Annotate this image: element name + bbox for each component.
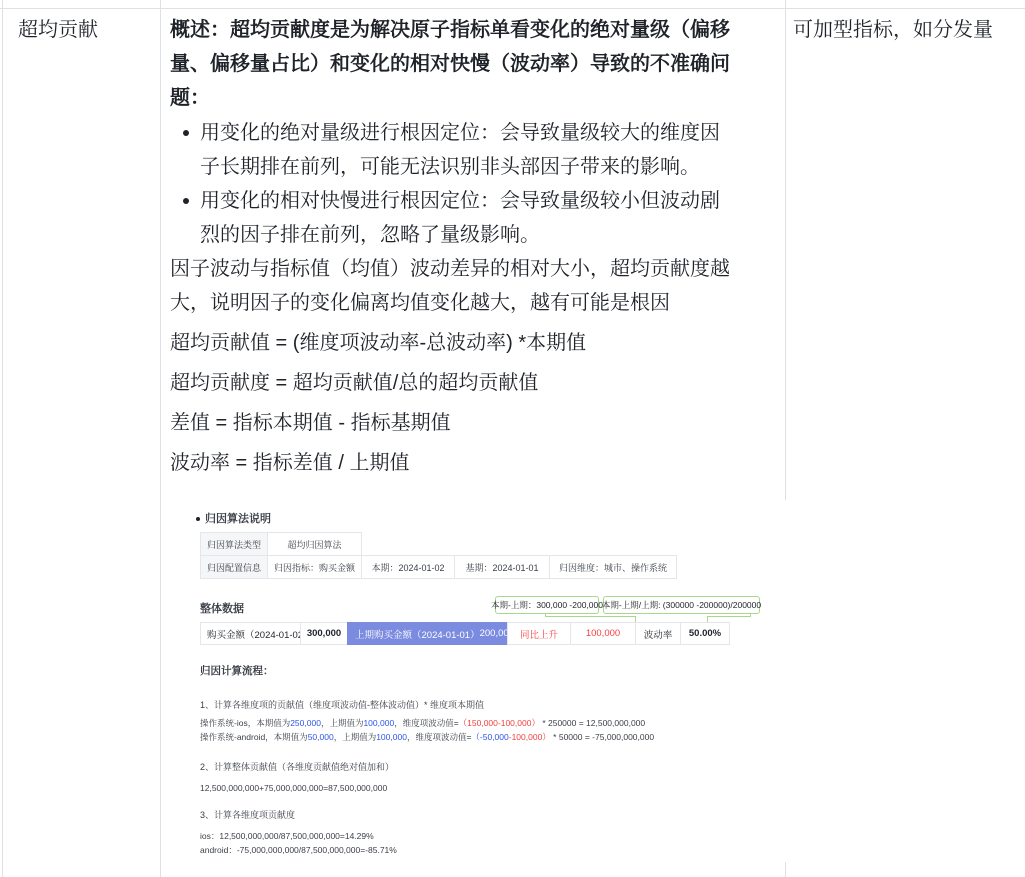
flow-android-ratio: android：-75,000,000,000/87,500,000,000=-… <box>200 844 397 856</box>
table-border-left <box>2 0 3 877</box>
bullet-item-relative: 用变化的相对快慢进行根因定位：会导致量级较小但波动剧 烈的因子排在前列，忽略了量… <box>170 184 778 252</box>
config-metric-cell: 归因指标：购买金额 <box>267 555 362 579</box>
flow-android-line: 操作系统-android，本期值为50,000，上期值为100,000，维度项波… <box>200 731 654 743</box>
callout-diff-formula: 本期-上期：300,000 -200,000 <box>495 596 599 614</box>
overall-metric-label-cell: 购买金额（2024-01-02） <box>200 622 301 645</box>
callout-rate-formula: 本期-上期/上期: (300000 -200000)/200000 <box>603 596 760 614</box>
config-base-cell: 基期：2024-01-01 <box>454 555 550 579</box>
config-current-cell: 本期：2024-01-02 <box>361 555 455 579</box>
table-border-row-top <box>0 8 1025 9</box>
right-note-text: 可加型指标，如分发量 <box>793 19 993 41</box>
overall-trend-cell: 同比上升 <box>507 622 571 645</box>
formula-rate: 波动率 = 指标差值 / 上期值 <box>170 446 778 480</box>
overall-rate-value-cell: 50.00% <box>680 622 730 645</box>
flow-step2: 2、计算整体贡献值（各维度贡献值绝对值加和） <box>200 760 394 773</box>
overview-bullet-list: 用变化的绝对量级进行根因定位：会导致量级较大的维度因 子长期排在前列，可能无法识… <box>170 116 778 252</box>
algo-type-value-cell: 超均归因算法 <box>267 532 362 556</box>
prev-period-value: 200,000 <box>480 628 507 639</box>
flow-step1: 1、计算各维度项的贡献值（维度项波动值-整体波动值）* 维度项本期值 <box>200 698 484 711</box>
formula-diff: 差值 = 指标本期值 - 指标基期值 <box>170 406 778 440</box>
config-dims-cell: 归因维度：城市、操作系统 <box>549 555 677 579</box>
table-border-col1 <box>160 0 161 877</box>
flow-ios-line: 操作系统-ios，本期值为250,000，上期值为100,000，维度项波动值=… <box>200 717 645 729</box>
flow-sum-line: 12,500,000,000+75,000,000,000=87,500,000… <box>200 783 387 793</box>
formula-contribution-value: 超均贡献值 = (维度项波动率-总波动率) *本期值 <box>170 326 778 360</box>
config-label-cell: 归因配置信息 <box>200 555 268 579</box>
doc-table-page: 超均贡献 可加型指标，如分发量 概述：超均贡献度是为解决原子指标单看变化的绝对量… <box>0 0 1025 877</box>
prev-period-label: 上期购买金额（2024-01-01） <box>355 627 480 641</box>
overall-diff-cell: 100,000 <box>570 622 636 645</box>
overall-prev-period-cell: 上期购买金额（2024-01-01） 200,000 <box>347 622 507 645</box>
right-note-cell[interactable]: 可加型指标，如分发量 <box>793 13 1015 47</box>
overall-data-link: 整体数据 <box>200 600 244 616</box>
overall-metric-value-cell: 300,000 <box>300 622 348 645</box>
bullet-item-absolute: 用变化的绝对量级进行根因定位：会导致量级较大的维度因 子长期排在前列，可能无法识… <box>170 116 778 184</box>
row-header-cell[interactable]: 超均贡献 <box>18 13 148 47</box>
overall-rate-label-cell: 波动率 <box>635 622 681 645</box>
callout1-connector-line <box>545 616 636 617</box>
flow-step3: 3、计算各维度项贡献度 <box>200 808 295 821</box>
algo-type-label-cell: 归因算法类型 <box>200 532 268 556</box>
callout2-connector-line <box>707 616 751 617</box>
explanation-paragraph: 因子波动与指标值（均值）波动差异的相对大小，超均贡献度越 大，说明因子的变化偏离… <box>170 252 778 320</box>
formula-contribution-degree: 超均贡献度 = 超均贡献值/总的超均贡献值 <box>170 366 778 400</box>
flow-title: 归因计算流程： <box>200 663 274 678</box>
bullet-dot-icon <box>196 517 200 521</box>
flow-ios-ratio: ios：12,500,000,000/87,500,000,000=14.29% <box>200 830 374 842</box>
overview-paragraph: 概述：超均贡献度是为解决原子指标单看变化的绝对量级（偏移 量、偏移量占比）和变化… <box>170 13 778 115</box>
attribution-example-image[interactable]: 归因算法说明 归因算法类型 超均归因算法 归因配置信息 归因指标：购买金额 本期… <box>190 500 790 862</box>
description-cell[interactable]: 概述：超均贡献度是为解决原子指标单看变化的绝对量级（偏移 量、偏移量占比）和变化… <box>170 13 778 480</box>
row-header-label: 超均贡献 <box>18 19 98 41</box>
algo-section-title: 归因算法说明 <box>205 510 271 526</box>
